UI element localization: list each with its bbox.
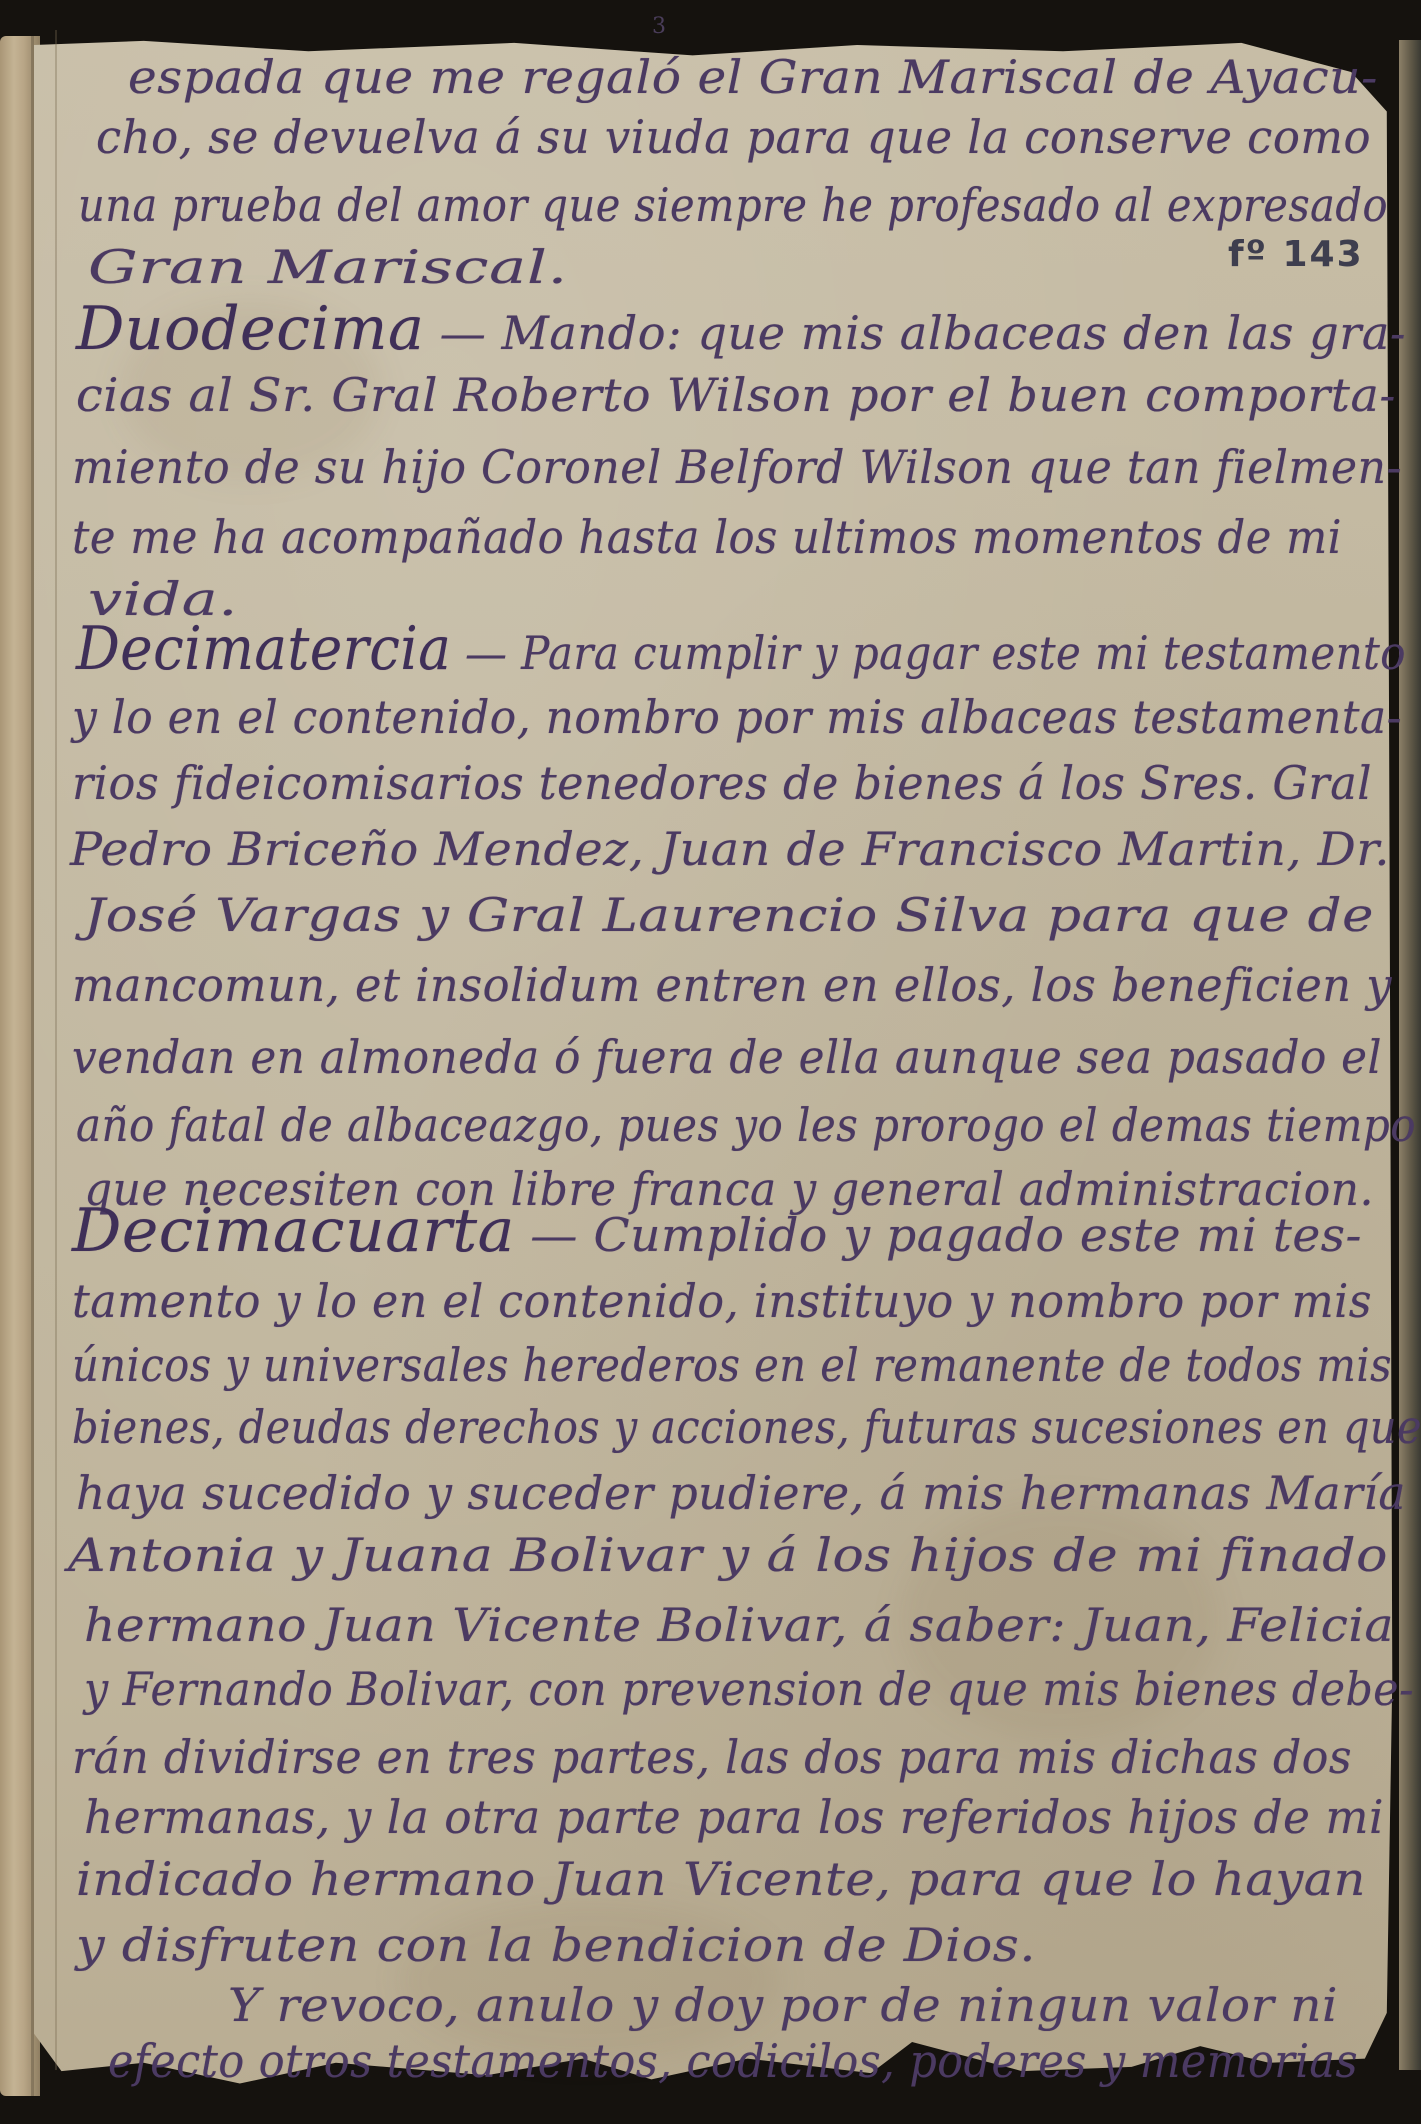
manuscript-line: únicos y universales herederos en el rem… bbox=[72, 1338, 1392, 1392]
line-text: — Para cumplir y pagar este mi testament… bbox=[451, 626, 1406, 680]
line-text: una prueba del amor que siempre he profe… bbox=[78, 178, 1388, 232]
line-text: — Cumplido y pagado este mi tes- bbox=[515, 1208, 1362, 1262]
line-text: y Fernando Bolivar, con prevension de qu… bbox=[84, 1662, 1414, 1716]
line-text: Gran Mariscal. bbox=[88, 240, 568, 294]
manuscript-line: y disfruten con la bendicion de Dios. bbox=[76, 1918, 1036, 1972]
clause-heading: Duodecima bbox=[76, 294, 424, 364]
manuscript-line: vendan en almoneda ó fuera de ella aunqu… bbox=[72, 1030, 1382, 1084]
line-text: tamento y lo en el contenido, instituyo … bbox=[72, 1274, 1372, 1328]
clause-line: Decimatercia — Para cumplir y pagar este… bbox=[76, 614, 1406, 684]
line-text: y lo en el contenido, nombro por mis alb… bbox=[72, 690, 1402, 744]
manuscript-line: haya sucedido y suceder pudiere, á mis h… bbox=[76, 1466, 1406, 1520]
line-text: rán dividirse en tres partes, las dos pa… bbox=[72, 1730, 1352, 1784]
line-text: vendan en almoneda ó fuera de ella aunqu… bbox=[72, 1030, 1382, 1084]
handwritten-text-body: espada que me regaló el Gran Mariscal de… bbox=[0, 0, 1421, 2124]
line-text: únicos y universales herederos en el rem… bbox=[72, 1338, 1392, 1392]
line-text: cho, se devuelva á su viuda para que la … bbox=[96, 110, 1371, 164]
clause-heading: Decimacuarta bbox=[72, 1196, 515, 1266]
manuscript-line: hermanas, y la otra parte para los refer… bbox=[84, 1790, 1384, 1844]
line-text: espada que me regaló el Gran Mariscal de… bbox=[128, 50, 1378, 104]
line-text: rios fideicomisarios tenedores de bienes… bbox=[72, 756, 1372, 810]
manuscript-line: indicado hermano Juan Vicente, para que … bbox=[76, 1852, 1366, 1906]
line-text: José Vargas y Gral Laurencio Silva para … bbox=[84, 888, 1374, 942]
line-text: Antonia y Juana Bolivar y á los hijos de… bbox=[68, 1528, 1388, 1582]
manuscript-line: Gran Mariscal. bbox=[88, 240, 568, 294]
line-text: cias al Sr. Gral Roberto Wilson por el b… bbox=[76, 368, 1396, 422]
manuscript-line: rán dividirse en tres partes, las dos pa… bbox=[72, 1730, 1352, 1784]
manuscript-line: mancomun, et insolidum entren en ellos, … bbox=[72, 958, 1392, 1012]
manuscript-line: efecto otros testamentos, codicilos, pod… bbox=[108, 2034, 1358, 2088]
manuscript-line: Y revoco, anulo y doy por de ningun valo… bbox=[228, 1978, 1338, 2032]
manuscript-line: hermano Juan Vicente Bolivar, á saber: J… bbox=[84, 1598, 1394, 1652]
line-text: — Mando: que mis albaceas den las gra- bbox=[424, 306, 1406, 360]
manuscript-line: y Fernando Bolivar, con prevension de qu… bbox=[84, 1662, 1414, 1716]
line-text: haya sucedido y suceder pudiere, á mis h… bbox=[76, 1466, 1406, 1520]
manuscript-line: Pedro Briceño Mendez, Juan de Francisco … bbox=[70, 822, 1390, 876]
manuscript-line: José Vargas y Gral Laurencio Silva para … bbox=[84, 888, 1374, 942]
line-text: bienes, deudas derechos y acciones, futu… bbox=[72, 1400, 1421, 1454]
manuscript-line: rios fideicomisarios tenedores de bienes… bbox=[72, 756, 1372, 810]
clause-heading: Decimatercia bbox=[76, 614, 451, 684]
manuscript-line: año fatal de albaceazgo, pues yo les pro… bbox=[76, 1098, 1416, 1152]
line-text: mancomun, et insolidum entren en ellos, … bbox=[72, 958, 1392, 1012]
manuscript-line: te me ha acompañado hasta los ultimos mo… bbox=[72, 510, 1342, 564]
clause-line: Duodecima — Mando: que mis albaceas den … bbox=[76, 294, 1406, 364]
manuscript-line: una prueba del amor que siempre he profe… bbox=[78, 178, 1388, 232]
line-text: te me ha acompañado hasta los ultimos mo… bbox=[72, 510, 1342, 564]
manuscript-line: bienes, deudas derechos y acciones, futu… bbox=[72, 1400, 1421, 1454]
line-text: efecto otros testamentos, codicilos, pod… bbox=[108, 2034, 1358, 2088]
line-text: miento de su hijo Coronel Belford Wilson… bbox=[72, 440, 1402, 494]
manuscript-line: cho, se devuelva á su viuda para que la … bbox=[96, 110, 1371, 164]
line-text: y disfruten con la bendicion de Dios. bbox=[76, 1918, 1036, 1972]
manuscript-line: cias al Sr. Gral Roberto Wilson por el b… bbox=[76, 368, 1396, 422]
line-text: Pedro Briceño Mendez, Juan de Francisco … bbox=[70, 822, 1390, 876]
line-text: indicado hermano Juan Vicente, para que … bbox=[76, 1852, 1366, 1906]
clause-line: Decimacuarta — Cumplido y pagado este mi… bbox=[72, 1196, 1362, 1266]
manuscript-line: Antonia y Juana Bolivar y á los hijos de… bbox=[68, 1528, 1388, 1582]
manuscript-line: espada que me regaló el Gran Mariscal de… bbox=[128, 50, 1378, 104]
manuscript-line: miento de su hijo Coronel Belford Wilson… bbox=[72, 440, 1402, 494]
line-text: hermano Juan Vicente Bolivar, á saber: J… bbox=[84, 1598, 1394, 1652]
manuscript-line: y lo en el contenido, nombro por mis alb… bbox=[72, 690, 1402, 744]
line-text: hermanas, y la otra parte para los refer… bbox=[84, 1790, 1384, 1844]
line-text: Y revoco, anulo y doy por de ningun valo… bbox=[228, 1978, 1338, 2032]
manuscript-line: tamento y lo en el contenido, instituyo … bbox=[72, 1274, 1372, 1328]
line-text: año fatal de albaceazgo, pues yo les pro… bbox=[76, 1098, 1416, 1152]
